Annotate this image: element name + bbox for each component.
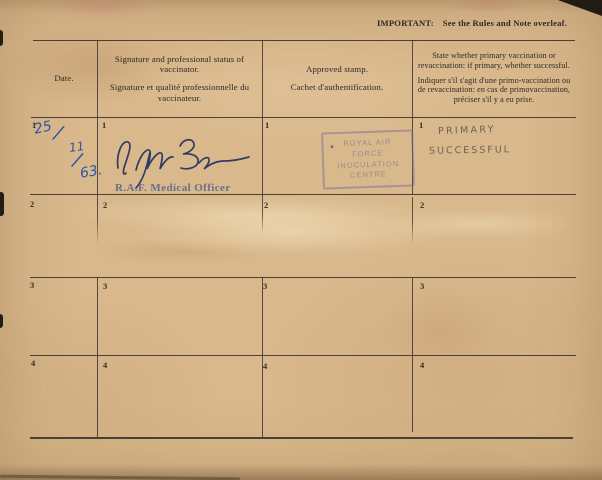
header-stamp-fr: Cachet d'authentification. xyxy=(291,82,384,93)
torn-corner xyxy=(554,0,602,16)
header-result-en: State whether primary vaccination or rev… xyxy=(413,51,575,70)
row4-num-stamp: 4 xyxy=(263,361,267,371)
col-rule xyxy=(262,194,263,234)
row2-bottom-rule xyxy=(30,277,576,278)
date-slash: / xyxy=(52,122,64,145)
overleaf-notice-text: See the Rules and Note overleaf. xyxy=(443,18,567,28)
col-rule xyxy=(97,277,98,355)
header-result: State whether primary vaccination or rev… xyxy=(413,40,575,116)
header-stamp-en: Approved stamp. xyxy=(306,64,368,75)
result-successful: SUCCESSFUL xyxy=(429,144,511,156)
row1-date-entry: 25 / 11 / 63. xyxy=(28,118,102,194)
row1-num-stamp: 1 xyxy=(265,120,269,130)
inoculation-centre-stamp: ROYAL AIR FORCE INOCULATION CENTRE xyxy=(321,129,415,189)
row2-num-date: 2 xyxy=(30,199,34,209)
row3-num-result: 3 xyxy=(420,281,424,291)
row4-num-sig: 4 xyxy=(103,360,107,370)
row1-num-result: 1 xyxy=(419,120,423,130)
header-signature-fr: Signature et qualité professionnelle du … xyxy=(98,82,261,103)
table-bottom-rule xyxy=(30,437,573,439)
row3-bottom-rule xyxy=(30,355,576,356)
signature-ink xyxy=(102,118,252,190)
row3-num-sig: 3 xyxy=(103,281,107,291)
row2-num-result: 2 xyxy=(420,200,424,210)
row4-num-result: 4 xyxy=(420,360,424,370)
officer-stamp-text: R.A.F. Medical Officer xyxy=(115,182,231,194)
vaccination-record-page: IMPORTANT:See the Rules and Note overlea… xyxy=(0,0,602,480)
header-signature-en: Signature and professional status of vac… xyxy=(98,54,261,75)
stamp-line: CENTRE xyxy=(350,170,387,182)
header-date: Date. xyxy=(31,41,97,116)
page-edge-mark xyxy=(0,314,3,328)
row3-num-date: 3 xyxy=(30,280,34,290)
header-stamp: Approved stamp. Cachet d'authentificatio… xyxy=(263,41,411,116)
col-rule xyxy=(412,278,413,355)
col-rule xyxy=(97,355,98,437)
date-year: 63. xyxy=(79,162,104,182)
col-rule xyxy=(262,117,263,194)
overleaf-notice-label: IMPORTANT: xyxy=(377,18,434,28)
row4-num-date: 4 xyxy=(31,358,35,368)
header-signature: Signature and professional status of vac… xyxy=(98,41,261,116)
result-primary: PRIMARY xyxy=(438,124,496,137)
row2-num-sig: 2 xyxy=(103,200,107,210)
col-rule xyxy=(412,197,413,245)
header-result-fr: Indiquer s'il s'agit d'une primo-vaccina… xyxy=(413,76,575,105)
col-rule xyxy=(412,356,413,432)
row3-num-stamp: 3 xyxy=(263,281,267,291)
overleaf-notice: IMPORTANT:See the Rules and Note overlea… xyxy=(377,18,567,28)
date-day: 25 xyxy=(33,118,54,137)
page-edge-mark xyxy=(0,192,4,216)
page-edge-mark xyxy=(0,30,3,46)
col-rule xyxy=(97,194,98,244)
row1-bottom-rule xyxy=(30,194,576,195)
row2-num-stamp: 2 xyxy=(264,200,268,210)
header-date-label: Date. xyxy=(54,73,73,84)
